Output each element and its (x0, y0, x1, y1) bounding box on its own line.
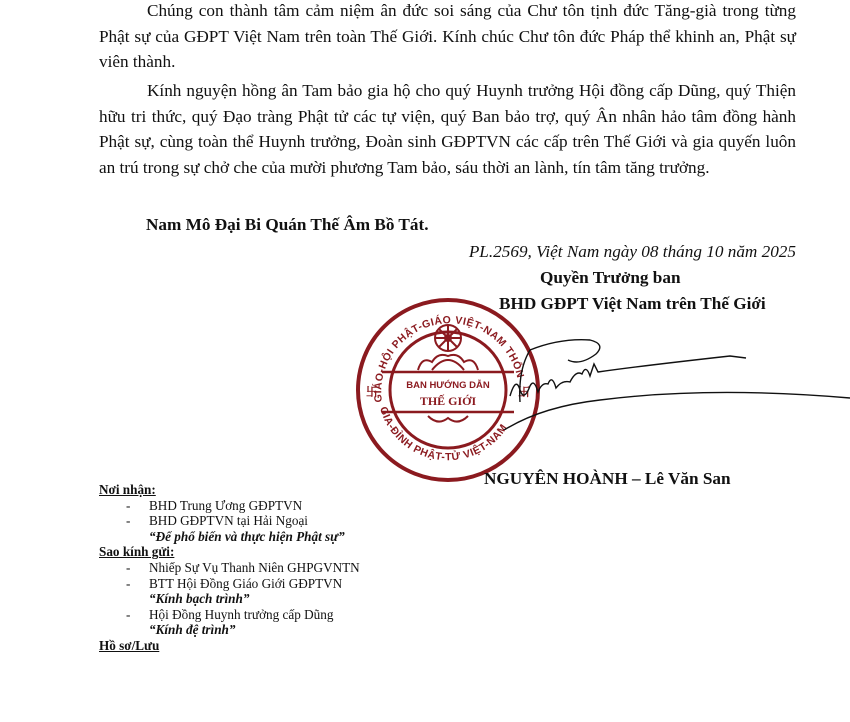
list-item: -BHD GĐPTVN tại Hải Ngoại (99, 513, 360, 529)
svg-text:THẾ GIỚI: THẾ GIỚI (420, 393, 477, 408)
list-item: -Hội Đồng Huynh trưởng cấp Dũng (99, 607, 360, 623)
handwritten-signature (490, 330, 850, 430)
cc-heading: Sao kính gửi: (99, 544, 360, 560)
archive-label: Hồ sơ/Lưu (99, 638, 360, 654)
dharma-wheel-icon (435, 325, 461, 351)
cc-note-1: “Kính bạch trình” (99, 591, 360, 607)
list-item: -BTT Hội Đồng Giáo Giới GĐPTVN (99, 576, 360, 592)
signer-name: NGUYÊN HOÀNH – Lê Văn San (484, 469, 731, 489)
svg-text:BAN HƯỚNG DẪN: BAN HƯỚNG DẪN (406, 379, 490, 391)
list-item: -Nhiếp Sự Vụ Thanh Niên GHPGVNTN (99, 560, 360, 576)
cc-note-2: “Kính đệ trình” (99, 622, 360, 638)
signer-title: Quyền Trưởng ban (540, 268, 681, 288)
svg-text:卐: 卐 (366, 385, 378, 399)
recipients-note: “Để phổ biến và thực hiện Phật sự” (99, 529, 360, 545)
date-line: PL.2569, Việt Nam ngày 08 tháng 10 năm 2… (469, 242, 796, 262)
list-item: -BHD Trung Ương GĐPTVN (99, 498, 360, 514)
paragraph-gratitude: Chúng con thành tâm cảm niệm ân đức soi … (99, 0, 796, 75)
closing-invocation: Nam Mô Đại Bi Quán Thế Âm Bồ Tát. (146, 215, 429, 235)
recipients-heading: Nơi nhận: (99, 482, 360, 498)
recipients-block: Nơi nhận: -BHD Trung Ương GĐPTVN -BHD GĐ… (99, 482, 360, 654)
paragraph-blessing: Kính nguyện hồng ân Tam bảo gia hộ cho q… (99, 78, 796, 180)
